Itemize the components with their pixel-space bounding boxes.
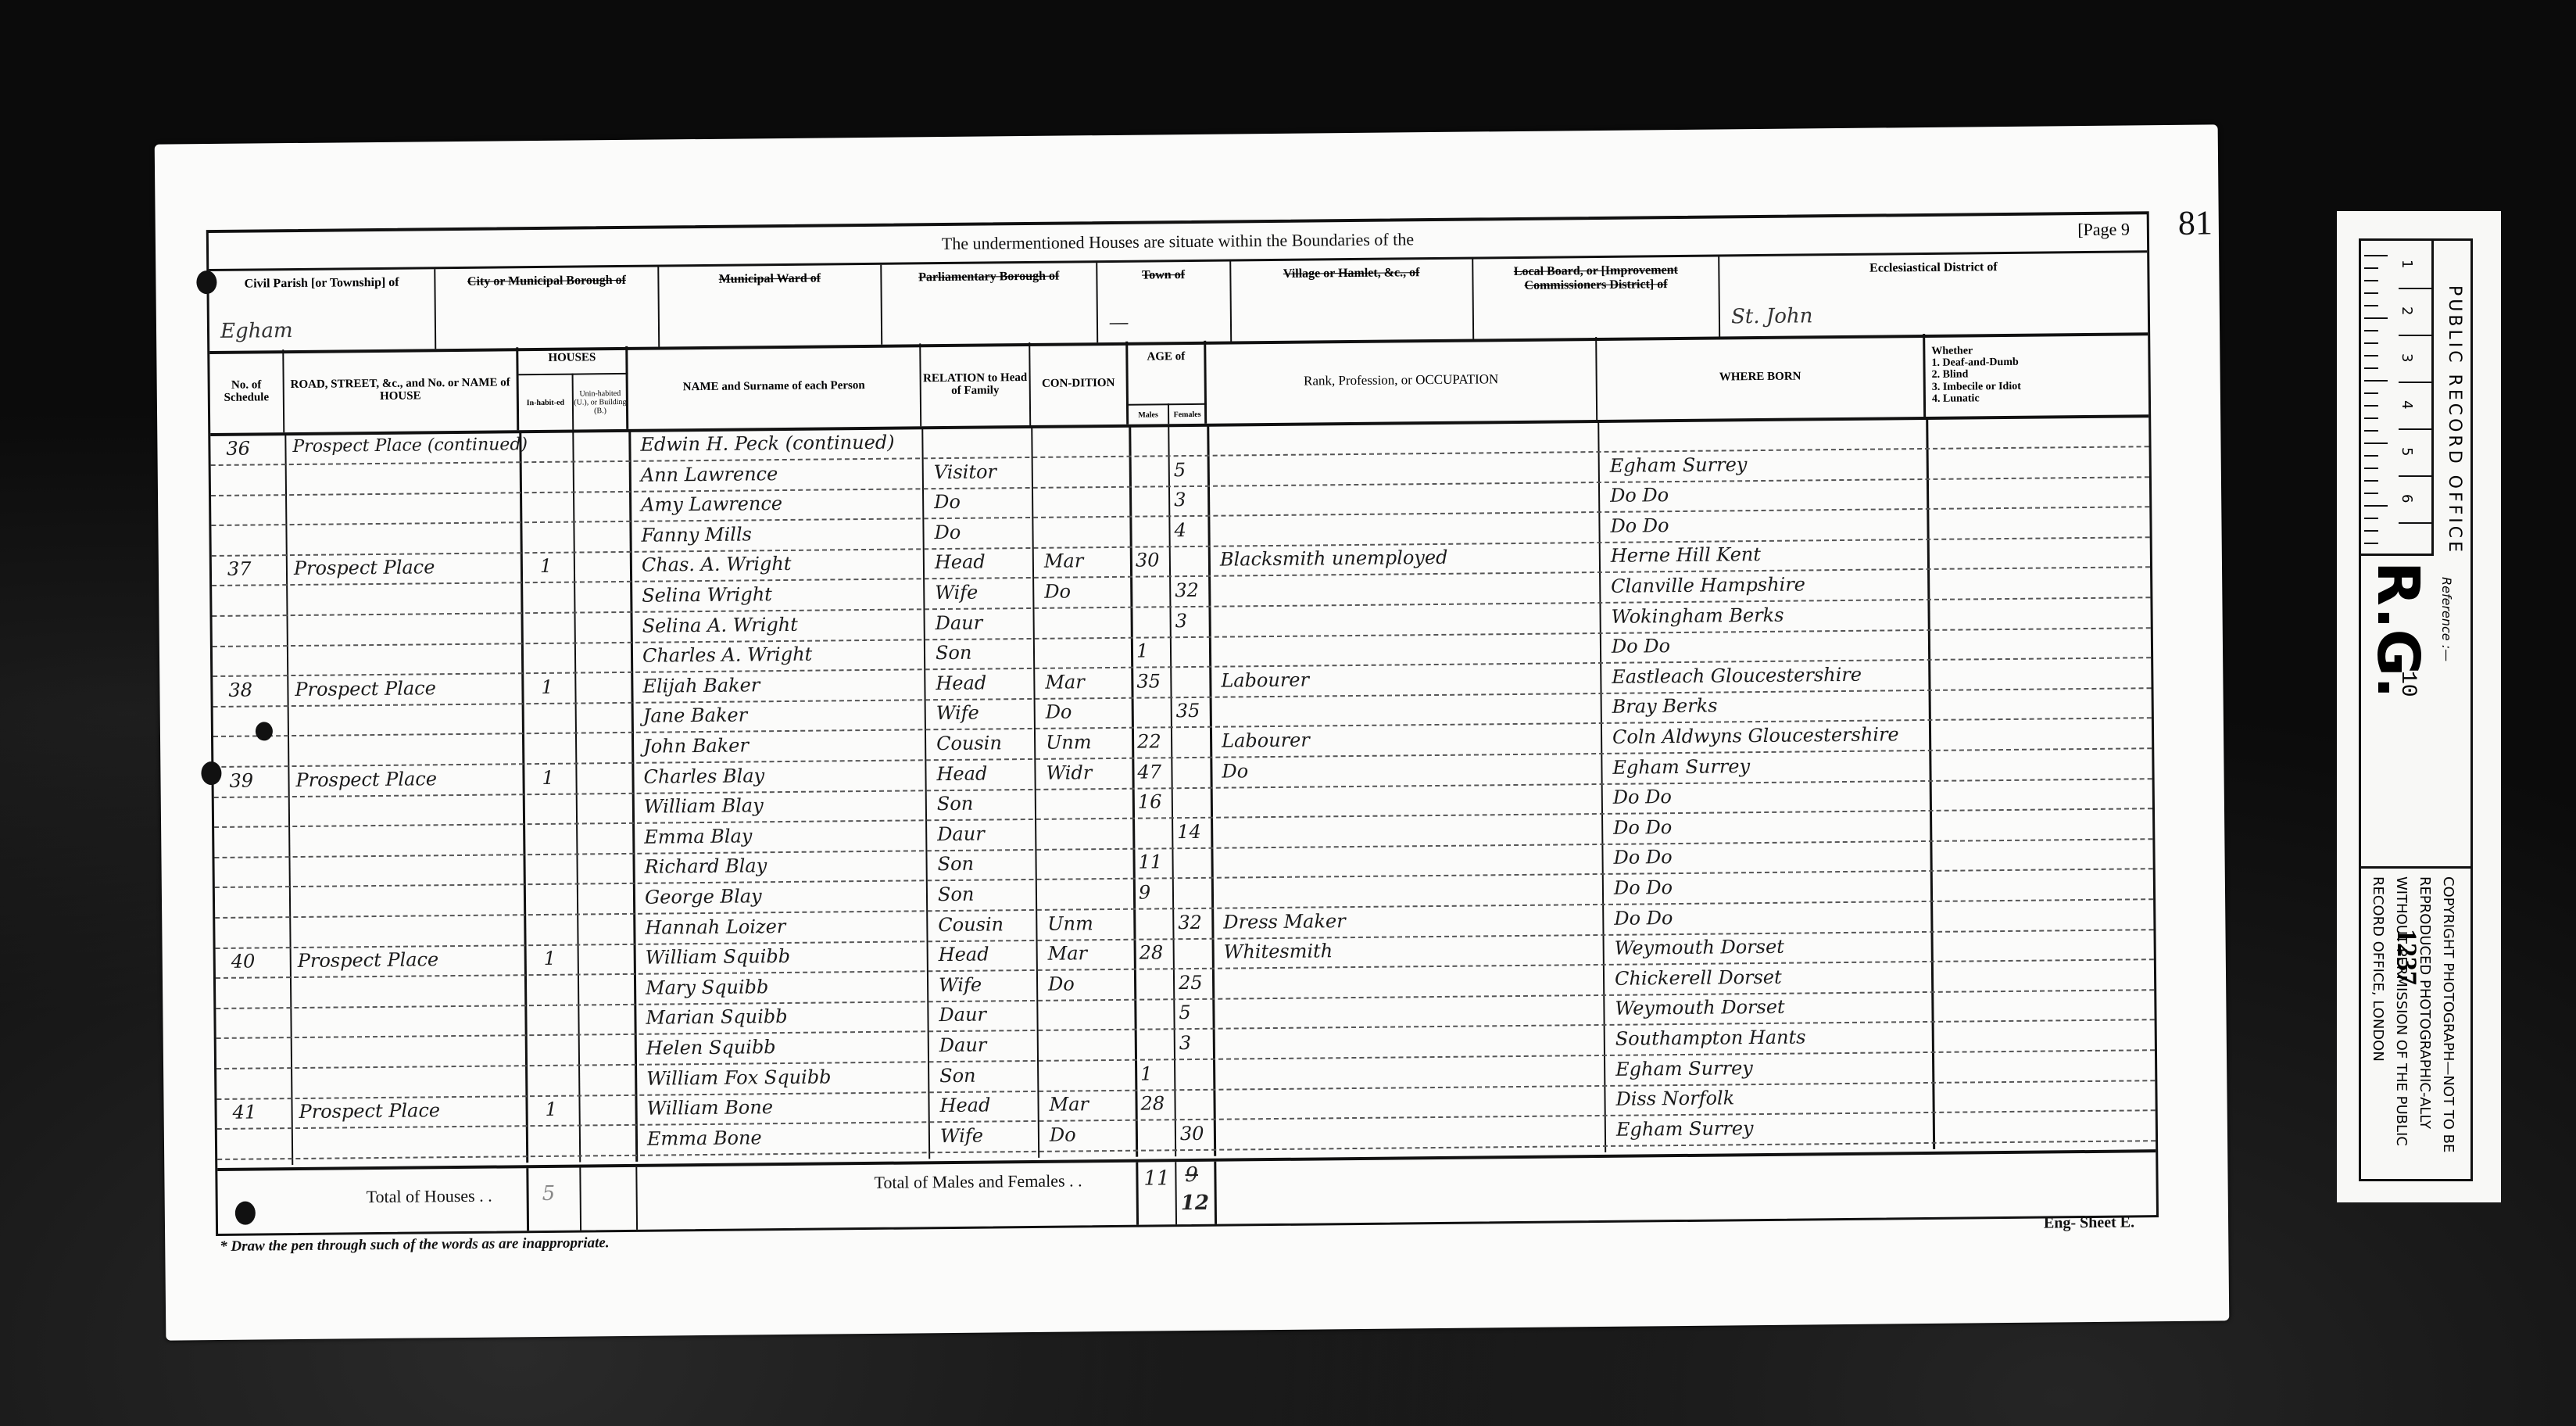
relation: Head [936,762,987,785]
occupation: Blacksmith unemployed [1220,546,1448,571]
occupation: Whitesmith [1224,940,1333,962]
person-name: Marian Squibb [646,1005,787,1029]
female-age: 5 [1179,1001,1191,1023]
relation: Do [934,521,961,543]
relation: Head [936,672,986,694]
relation: Wife [940,1124,983,1147]
relation: Son [937,793,974,815]
person-name: Chas. A. Wright [642,553,792,576]
punch-hole [256,722,273,740]
boundary-ecclesiastical-district: Ecclesiastical District ofSt. John [1719,253,2148,336]
schedule-number: 39 [229,769,253,791]
ruler-tick [2364,530,2378,532]
boundary-civil-parish: Civil Parish [or Township] ofEgham [209,269,436,351]
condition: Do [1050,1123,1076,1145]
female-age: 14 [1177,821,1201,843]
condition: Widr [1046,761,1092,784]
relation: Do [934,491,961,513]
occupation: Dress Maker [1223,910,1346,933]
census-entries: 36Prospect Place (continued)Edwin H. Pec… [210,416,2156,1166]
person-name: George Blay [645,885,762,908]
relation: Head [939,944,989,966]
col-inhabited: In-habit-ed [519,374,574,431]
ruler-tick [2364,493,2378,494]
ruler-tick [2364,518,2378,519]
col-houses: HOUSES In-habit-ed Unin-habited (U.), or… [518,346,628,430]
male-age: 16 [1138,791,1162,813]
relation: Daur [937,822,985,845]
relation: Head [935,551,986,574]
occupation: Labourer [1221,668,1309,691]
ruler-tick [2364,380,2388,382]
birthplace: Coln Aldwyns Gloucestershire [1612,723,1899,748]
ruler-cm-mark: 4 [2399,382,2431,430]
birthplace: Eastleach Gloucestershire [1612,664,1862,688]
page-number: [Page 9 [2077,219,2130,240]
inhabited-count: 1 [541,676,553,698]
relation: Wife [936,702,979,725]
ruler-tick [2364,342,2378,344]
schedule-number: 38 [228,679,252,700]
boundary-label: Town of [1097,268,1229,284]
relation: Head [939,1095,990,1117]
birthplace: Do Do [1610,514,1669,537]
birthplace: Do Do [1612,635,1670,657]
col-uninhabited: Unin-habited (U.), or Building (B.) [572,373,629,430]
boundary-label: City or Municipal Borough of [436,274,658,290]
census-sheet: 81 The undermentioned Houses are situate… [155,124,2230,1340]
person-name: Charles Blay [643,765,764,787]
condition: Mar [1049,1093,1089,1115]
relation: Cousin [938,913,1004,936]
ruler-tick [2364,305,2378,306]
relation: Daur [936,611,983,634]
person-name: Selina A. Wright [642,613,798,636]
col-males: Males [1129,403,1169,424]
ruler-tick [2364,367,2378,369]
condition: Do [1046,701,1072,723]
person-name: Emma Blay [644,825,752,847]
birthplace: Chickerell Dorset [1615,966,1782,990]
person-name: Richard Blay [644,855,767,879]
female-age: 3 [1174,489,1186,511]
birthplace: Herne Hill Kent [1611,543,1761,567]
condition: Mar [1044,550,1084,572]
ruler-tick [2364,392,2378,394]
ruler-tick [2364,543,2378,544]
col-females: Females [1168,403,1207,424]
person-name: Hannah Loizer [645,915,785,939]
col-infirmity: Whether 1. Deaf-and-Dumb 2. Blind 3. Imb… [1925,331,2148,417]
strip-frame: 123456 PUBLIC RECORD OFFICE Reference :—… [2359,238,2473,1181]
ruler-tick [2364,292,2378,294]
ruler-tick [2364,405,2378,407]
col-name: NAME and Surname of each Person [628,343,921,429]
ruler-tick [2364,480,2378,482]
person-name: John Baker [643,734,749,757]
person-name: William Squibb [646,945,791,969]
public-record-office-strip: 123456 PUBLIC RECORD OFFICE Reference :—… [2337,211,2501,1202]
ruler-cm-mark: 6 [2399,475,2431,524]
relation: Wife [939,973,982,996]
female-age: 32 [1178,911,1202,933]
ruler-tick [2364,317,2388,319]
reference-series-number: 10 [2395,671,2420,697]
person-name: William Bone [646,1096,773,1120]
boundary-value: St. John [1731,304,1813,328]
ruler-tick [2364,468,2378,469]
relation: Wife [935,582,978,604]
male-age: 11 [1138,851,1162,873]
ruler-cm-mark: 5 [2399,428,2431,477]
ruler-tick [2364,417,2378,419]
ruler-tick [2364,455,2378,457]
road-name: Prospect Place (continued) [292,435,528,457]
ruler-tick [2364,330,2378,331]
inhabited-count: 1 [540,555,553,577]
person-name: Jane Baker [643,704,748,727]
schedule-number: 40 [231,951,256,973]
ruler-tick [2364,267,2378,269]
birthplace: Do Do [1613,846,1672,869]
inhabited-count: 1 [542,766,554,788]
relation: Son [938,883,975,905]
person-name: Emma Bone [647,1127,762,1149]
female-age: 5 [1174,459,1186,481]
birthplace: Egham Surrey [1612,755,1750,779]
ruler-cm-mark: 1 [2399,241,2431,289]
person-name: Fanny Mills [641,523,752,546]
condition: Mar [1048,942,1088,964]
punch-hole [196,271,216,294]
relation: Daur [939,1004,986,1027]
boundary-municipal-ward: Municipal Ward of [659,265,882,347]
copyright-notice: COPYRIGHT PHOTOGRAPH—NOT TO BE REPRODUCE… [2361,866,2470,1179]
birthplace: Egham Surrey [1610,453,1748,477]
punch-hole [235,1202,256,1225]
ruler-tick [2364,505,2388,507]
birthplace: Do Do [1614,876,1673,899]
road-name: Prospect Place [299,1099,440,1123]
relation: Daur [939,1034,987,1057]
boundary-value: Egham [220,319,293,343]
boundary-village-or-hamlet: Village or Hamlet, &c., of [1231,260,1474,342]
birthplace: Egham Surrey [1616,1117,1754,1141]
person-name: Ann Lawrence [641,463,778,486]
female-age: 3 [1175,610,1187,632]
birthplace: Do Do [1614,907,1673,930]
condition: Unm [1046,731,1092,754]
person-name: Helen Squibb [646,1036,776,1059]
col-where-born: WHERE BORN [1597,334,1926,420]
ruler-tick [2364,255,2388,256]
ruler-tick [2364,430,2378,432]
census-form: The undermentioned Houses are situate wi… [206,211,2159,1236]
male-age: 47 [1137,761,1161,783]
birthplace: Diss Norfolk [1615,1087,1734,1110]
col-road: ROAD, STREET, &c., and No. or NAME of HO… [284,347,519,432]
road-name: Prospect Place [295,768,437,791]
boundary-label: Civil Parish [or Township] of [209,275,435,292]
person-name: Selina Wright [642,583,772,607]
person-name: Amy Lawrence [641,493,782,516]
male-age: 1 [1136,640,1149,662]
relation: Cousin [936,732,1002,754]
road-name: Prospect Place [298,948,439,972]
road-name: Prospect Place [295,677,436,700]
total-houses-value: 5 [542,1182,555,1206]
relation: Visitor [934,460,996,483]
ruler-cm-mark: 3 [2399,335,2431,383]
person-name: Edwin H. Peck (continued) [640,432,894,456]
birthplace: Weymouth Dorset [1615,996,1784,1019]
road-name: Prospect Place [294,557,435,580]
col-age: AGE of Males Females [1128,341,1207,425]
relation: Son [937,853,974,875]
schedule-number: 36 [226,438,250,460]
birthplace: Wokingham Berks [1611,604,1784,627]
male-age: 35 [1136,670,1161,692]
male-age: 1 [1140,1062,1153,1084]
total-males-value: 11 [1143,1166,1169,1190]
boundary-label: Parliamentary Borough of [882,269,1096,285]
person-name: Mary Squibb [646,976,768,999]
reference-label: Reference :— [2439,577,2454,661]
boundary-municipal-borough: City or Municipal Borough of [436,267,660,349]
folio-number: 81 [2178,202,2213,242]
female-age: 32 [1175,579,1199,601]
birthplace: Do Do [1613,786,1672,808]
person-name: William Fox Squibb [646,1066,832,1089]
female-age: 3 [1179,1032,1192,1054]
female-age: 4 [1174,519,1186,541]
relation: Son [936,642,972,664]
boundary-parliamentary-borough: Parliamentary Borough of [882,263,1097,345]
record-office-name: PUBLIC RECORD OFFICE [2433,272,2464,569]
ruler-tick [2364,442,2388,444]
scale-ruler: 123456 [2361,241,2434,556]
col-schedule: No. of Schedule [209,349,284,433]
male-age: 9 [1139,882,1151,904]
condition: Do [1048,973,1075,994]
total-females-corrected: 12 [1181,1191,1209,1215]
inhabited-count: 1 [545,1098,557,1120]
col-condition: CON-DITION [1030,342,1129,425]
schedule-number: 37 [227,558,252,580]
punch-hole [201,761,221,785]
male-age: 28 [1140,942,1164,964]
schedule-number: 41 [232,1102,256,1123]
boundary-town: Town of— [1097,261,1232,342]
female-age: 35 [1176,700,1200,722]
boundary-label: Local Board, or [Improvement Commissione… [1473,263,1719,294]
boundary-label: Village or Hamlet, &c., of [1231,266,1472,282]
col-occupation: Rank, Profession, or OCCUPATION [1206,337,1597,424]
boundary-local-board: Local Board, or [Improvement Commissione… [1473,256,1720,339]
ruler-tick [2364,355,2378,356]
occupation: Labourer [1222,729,1310,752]
relation: Son [939,1064,976,1086]
birthplace: Southampton Hants [1615,1026,1806,1049]
birthplace: Do Do [1613,816,1672,839]
birthplace: Do Do [1610,484,1669,507]
total-houses-label: Total of Houses . . [367,1186,492,1208]
total-females-value: 9 [1185,1163,1198,1187]
person-name: William Blay [644,794,764,817]
ruler-tick [2364,280,2378,281]
condition: Unm [1047,912,1093,935]
birthplace: Weymouth Dorset [1615,936,1784,959]
person-name: Elijah Baker [642,674,760,697]
sheet-reference: Eng- Sheet E. [2044,1213,2134,1232]
col-relation: RELATION to Head of Family [921,342,1031,426]
male-age: 28 [1140,1093,1165,1115]
total-persons-label: Total of Males and Females . . [874,1170,1082,1193]
footnote: * Draw the pen through such of the words… [220,1234,610,1256]
birthplace: Bray Berks [1612,695,1718,718]
inhabited-count: 1 [544,948,556,969]
boundary-value: — [1108,311,1129,335]
ruler-cm-mark: 2 [2399,288,2431,336]
male-age: 30 [1136,550,1160,571]
male-age: 22 [1137,730,1161,752]
occupation: Do [1222,760,1248,782]
condition: Mar [1045,671,1085,693]
condition: Do [1044,580,1071,602]
boundary-label: Municipal Ward of [659,271,881,288]
birthplace: Egham Surrey [1615,1057,1753,1080]
female-age: 30 [1180,1123,1204,1145]
boundary-label: Ecclesiastical District of [1719,259,2147,277]
person-name: Charles A. Wright [642,643,812,667]
birthplace: Clanville Hampshire [1611,573,1805,597]
female-age: 25 [1179,972,1203,994]
